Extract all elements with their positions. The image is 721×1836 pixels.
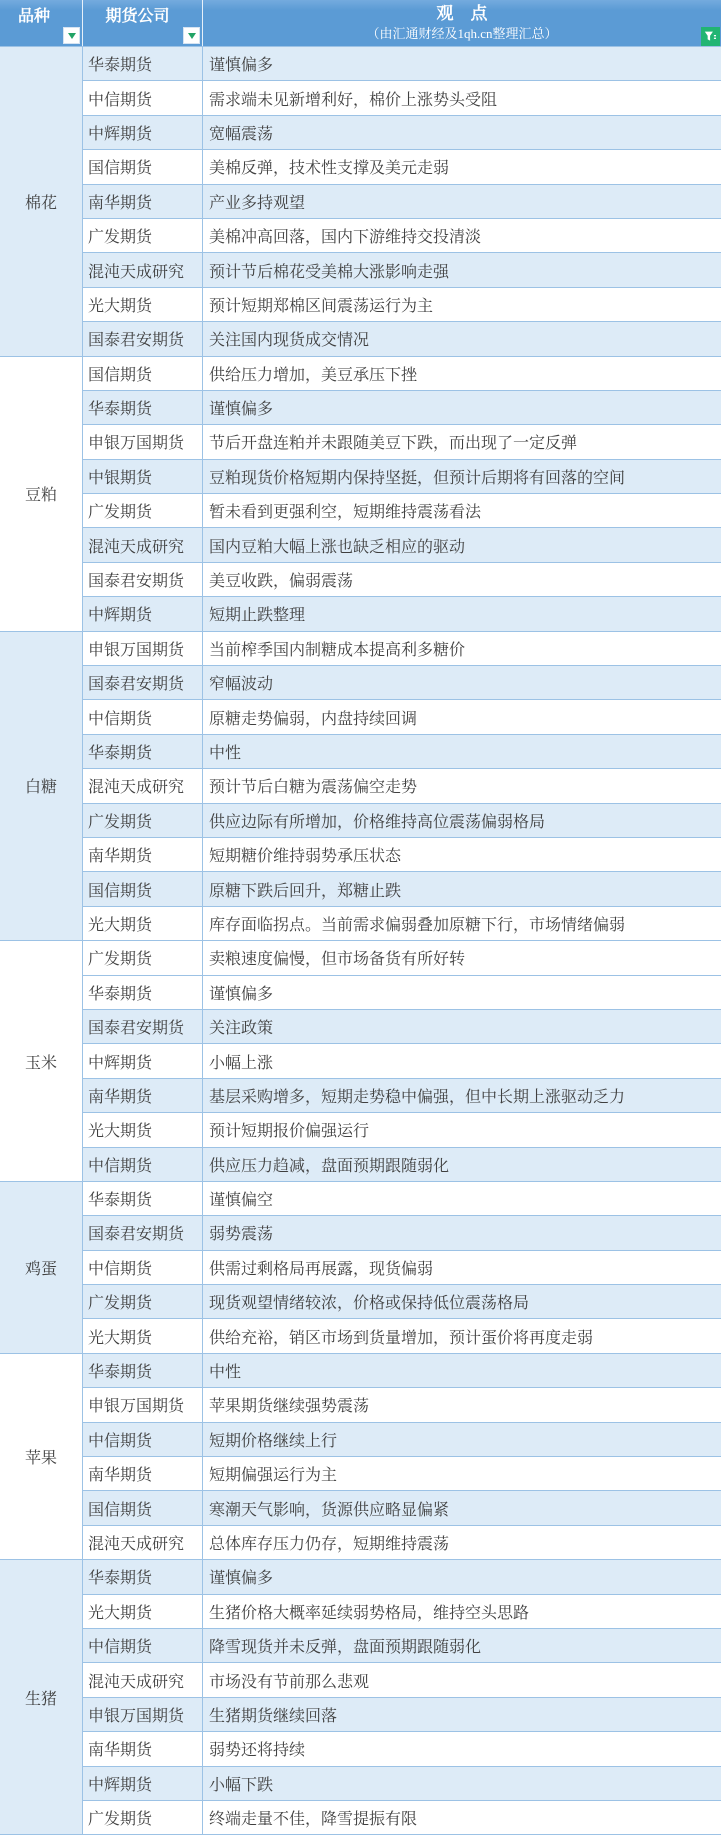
viewpoint-cell[interactable]: 基层采购增多，短期走势稳中偏强，但中长期上涨驱动乏力 [203, 1079, 721, 1112]
company-cell[interactable]: 光大期货 [83, 1113, 203, 1146]
table-row: 广发期货现货观望情绪较浓，价格或保持低位震荡格局 [83, 1285, 721, 1319]
company-cell[interactable]: 华泰期货 [83, 391, 203, 424]
section-rows: 广发期货卖粮速度偏慢，但市场备货有所好转华泰期货谨慎偏多国泰君安期货关注政策中辉… [83, 941, 721, 1182]
table-row: 中辉期货小幅上涨 [83, 1044, 721, 1078]
viewpoint-cell[interactable]: 谨慎偏空 [203, 1182, 721, 1215]
viewpoint-cell[interactable]: 供需过剩格局再展露，现货偏弱 [203, 1251, 721, 1284]
table-row: 申银万国期货当前榨季国内制糖成本提高利多糖价 [83, 632, 721, 666]
company-cell[interactable]: 南华期货 [83, 1732, 203, 1765]
table-row: 广发期货卖粮速度偏慢，但市场备货有所好转 [83, 941, 721, 975]
table-section: 白糖申银万国期货当前榨季国内制糖成本提高利多糖价国泰君安期货窄幅波动中信期货原糖… [0, 632, 721, 942]
company-cell[interactable]: 国泰君安期货 [83, 1216, 203, 1249]
table-section: 豆粕国信期货供给压力增加，美豆承压下挫华泰期货谨慎偏多申银万国期货节后开盘连粕并… [0, 357, 721, 632]
table-row: 中信期货需求端未见新增利好，棉价上涨势头受阻 [83, 81, 721, 115]
table-row: 华泰期货谨慎偏多 [83, 1560, 721, 1594]
table-row: 南华期货产业多持观望 [83, 185, 721, 219]
company-cell[interactable]: 中信期货 [83, 1423, 203, 1456]
table-section: 苹果华泰期货中性申银万国期货苹果期货继续强势震荡中信期货短期价格继续上行南华期货… [0, 1354, 721, 1560]
table-row: 南华期货短期糖价维持弱势承压状态 [83, 838, 721, 872]
company-filter-dropdown-button[interactable] [183, 27, 200, 44]
table-row: 国信期货美棉反弹，技术性支撑及美元走弱 [83, 150, 721, 184]
table-row: 国泰君安期货美豆收跌，偏弱震荡 [83, 563, 721, 597]
viewpoint-cell[interactable]: 短期价格继续上行 [203, 1423, 721, 1456]
table-row: 中信期货降雪现货并未反弹，盘面预期跟随弱化 [83, 1629, 721, 1663]
viewpoint-cell[interactable]: 中性 [203, 735, 721, 768]
company-cell[interactable]: 广发期货 [83, 1801, 203, 1834]
company-cell[interactable]: 中信期货 [83, 1629, 203, 1662]
viewpoint-cell[interactable]: 美棉冲高回落，国内下游维持交投清淡 [203, 219, 721, 252]
company-cell[interactable]: 混沌天成研究 [83, 528, 203, 561]
table-row: 华泰期货谨慎偏空 [83, 1182, 721, 1216]
table-row: 光大期货库存面临拐点。当前需求偏弱叠加原糖下行，市场情绪偏弱 [83, 907, 721, 941]
table-row: 混沌天成研究总体库存压力仍存，短期维持震荡 [83, 1526, 721, 1560]
company-cell[interactable]: 中信期货 [83, 700, 203, 733]
section-rows: 华泰期货中性申银万国期货苹果期货继续强势震荡中信期货短期价格继续上行南华期货短期… [83, 1354, 721, 1560]
section-rows: 华泰期货谨慎偏空国泰君安期货弱势震荡中信期货供需过剩格局再展露，现货偏弱广发期货… [83, 1182, 721, 1354]
table-row: 华泰期货中性 [83, 1354, 721, 1388]
table-row: 国信期货原糖下跌后回升，郑糖止跌 [83, 872, 721, 906]
viewpoint-cell[interactable]: 关注政策 [203, 1010, 721, 1043]
company-cell[interactable]: 华泰期货 [83, 735, 203, 768]
viewpoint-cell[interactable]: 谨慎偏多 [203, 976, 721, 1009]
table-row: 华泰期货谨慎偏多 [83, 47, 721, 81]
viewpoint-cell[interactable]: 供给压力增加，美豆承压下挫 [203, 357, 721, 390]
viewpoint-cell[interactable]: 预计节后棉花受美棉大涨影响走强 [203, 253, 721, 286]
viewpoint-cell[interactable]: 当前榨季国内制糖成本提高利多糖价 [203, 632, 721, 665]
table-section: 棉花华泰期货谨慎偏多中信期货需求端未见新增利好，棉价上涨势头受阻中辉期货宽幅震荡… [0, 47, 721, 357]
table-row: 混沌天成研究国内豆粕大幅上涨也缺乏相应的驱动 [83, 528, 721, 562]
table-row: 华泰期货中性 [83, 735, 721, 769]
section-rows: 华泰期货谨慎偏多光大期货生猪价格大概率延续弱势格局，维持空头思路中信期货降雪现货… [83, 1560, 721, 1835]
table-row: 光大期货预计短期郑棉区间震荡运行为主 [83, 288, 721, 322]
table-row: 国泰君安期货关注政策 [83, 1010, 721, 1044]
viewpoint-cell[interactable]: 预计短期郑棉区间震荡运行为主 [203, 288, 721, 321]
viewpoint-cell[interactable]: 短期偏强运行为主 [203, 1457, 721, 1490]
table-row: 广发期货美棉冲高回落，国内下游维持交投清淡 [83, 219, 721, 253]
table-row: 光大期货生猪价格大概率延续弱势格局，维持空头思路 [83, 1595, 721, 1629]
header-cell-variety: 品种 [0, 0, 83, 46]
table-row: 中辉期货小幅下跌 [83, 1767, 721, 1801]
viewpoint-cell[interactable]: 窄幅波动 [203, 666, 721, 699]
viewpoint-cell[interactable]: 总体库存压力仍存，短期维持震荡 [203, 1526, 721, 1559]
viewpoint-cell[interactable]: 库存面临拐点。当前需求偏弱叠加原糖下行，市场情绪偏弱 [203, 907, 721, 940]
table-row: 混沌天成研究预计节后棉花受美棉大涨影响走强 [83, 253, 721, 287]
company-cell[interactable]: 光大期货 [83, 288, 203, 321]
viewpoint-cell[interactable]: 供应边际有所增加，价格维持高位震荡偏弱格局 [203, 804, 721, 837]
viewpoint-cell[interactable]: 需求端未见新增利好，棉价上涨势头受阻 [203, 81, 721, 114]
viewpoint-cell[interactable]: 供给充裕，销区市场到货量增加，预计蛋价将再度走弱 [203, 1319, 721, 1352]
viewpoint-cell[interactable]: 原糖下跌后回升，郑糖止跌 [203, 872, 721, 905]
table-row: 中信期货供应压力趋减，盘面预期跟随弱化 [83, 1148, 721, 1182]
company-cell[interactable]: 申银万国期货 [83, 1388, 203, 1421]
table-row: 混沌天成研究市场没有节前那么悲观 [83, 1663, 721, 1697]
company-cell[interactable]: 申银万国期货 [83, 632, 203, 665]
company-cell[interactable]: 广发期货 [83, 1285, 203, 1318]
table-header: 品种 期货公司 观 点 （由汇通财经及1qh.cn整理汇总） [0, 0, 721, 47]
viewpoint-cell[interactable]: 宽幅震荡 [203, 116, 721, 149]
viewpoint-cell[interactable]: 卖粮速度偏慢，但市场备货有所好转 [203, 941, 721, 974]
viewpoint-column-label: 观 点 [203, 4, 721, 24]
company-cell[interactable]: 华泰期货 [83, 976, 203, 1009]
table-row: 申银万国期货苹果期货继续强势震荡 [83, 1388, 721, 1422]
table-row: 国信期货寒潮天气影响，货源供应略显偏紧 [83, 1491, 721, 1525]
table-row: 光大期货供给充裕，销区市场到货量增加，预计蛋价将再度走弱 [83, 1319, 721, 1353]
table-row: 国泰君安期货弱势震荡 [83, 1216, 721, 1250]
variety-cell[interactable]: 苹果 [0, 1354, 83, 1560]
table-row: 中辉期货宽幅震荡 [83, 116, 721, 150]
table-row: 广发期货终端走量不佳，降雪提振有限 [83, 1801, 721, 1835]
filter-dropdown-arrow-icon [68, 33, 76, 39]
viewpoint-cell[interactable]: 终端走量不佳，降雪提振有限 [203, 1801, 721, 1834]
variety-cell[interactable]: 玉米 [0, 941, 83, 1182]
viewpoint-cell[interactable]: 产业多持观望 [203, 185, 721, 218]
variety-filter-dropdown-button[interactable] [63, 27, 80, 44]
viewpoint-cell[interactable]: 预计节后白糖为震荡偏空走势 [203, 769, 721, 802]
viewpoint-cell[interactable]: 小幅上涨 [203, 1044, 721, 1077]
company-cell[interactable]: 广发期货 [83, 941, 203, 974]
company-cell[interactable]: 中信期货 [83, 1148, 203, 1181]
viewpoint-cell[interactable]: 预计短期报价偏强运行 [203, 1113, 721, 1146]
viewpoint-cell[interactable]: 谨慎偏多 [203, 391, 721, 424]
table-row: 国泰君安期货关注国内现货成交情况 [83, 322, 721, 356]
viewpoint-cell[interactable]: 短期止跌整理 [203, 597, 721, 630]
company-cell[interactable]: 南华期货 [83, 185, 203, 218]
viewpoint-active-filter-button[interactable] [701, 27, 720, 46]
table-section: 生猪华泰期货谨慎偏多光大期货生猪价格大概率延续弱势格局，维持空头思路中信期货降雪… [0, 1560, 721, 1835]
table-row: 南华期货短期偏强运行为主 [83, 1457, 721, 1491]
viewpoint-cell[interactable]: 寒潮天气影响，货源供应略显偏紧 [203, 1491, 721, 1524]
viewpoint-cell[interactable]: 生猪价格大概率延续弱势格局，维持空头思路 [203, 1595, 721, 1628]
viewpoint-cell[interactable]: 弱势震荡 [203, 1216, 721, 1249]
company-cell[interactable]: 广发期货 [83, 494, 203, 527]
table-row: 混沌天成研究预计节后白糖为震荡偏空走势 [83, 769, 721, 803]
viewpoint-cell[interactable]: 暂未看到更强利空，短期维持震荡看法 [203, 494, 721, 527]
company-cell[interactable]: 中辉期货 [83, 597, 203, 630]
company-cell[interactable]: 中辉期货 [83, 116, 203, 149]
viewpoint-cell[interactable]: 生猪期货继续回落 [203, 1698, 721, 1731]
viewpoint-cell[interactable]: 原糖走势偏弱，内盘持续回调 [203, 700, 721, 733]
company-cell[interactable]: 南华期货 [83, 838, 203, 871]
company-cell[interactable]: 广发期货 [83, 219, 203, 252]
viewpoint-cell[interactable]: 苹果期货继续强势震荡 [203, 1388, 721, 1421]
company-cell[interactable]: 光大期货 [83, 1319, 203, 1352]
table-row: 中辉期货短期止跌整理 [83, 597, 721, 631]
section-rows: 华泰期货谨慎偏多中信期货需求端未见新增利好，棉价上涨势头受阻中辉期货宽幅震荡国信… [83, 47, 721, 357]
company-cell[interactable]: 国信期货 [83, 1491, 203, 1524]
table-row: 中信期货原糖走势偏弱，内盘持续回调 [83, 700, 721, 734]
table-row: 广发期货暂未看到更强利空，短期维持震荡看法 [83, 494, 721, 528]
table-row: 中信期货短期价格继续上行 [83, 1423, 721, 1457]
company-column-label: 期货公司 [83, 8, 192, 26]
table-row: 申银万国期货节后开盘连粕并未跟随美豆下跌，而出现了一定反弹 [83, 425, 721, 459]
table-row: 华泰期货谨慎偏多 [83, 391, 721, 425]
company-cell[interactable]: 混沌天成研究 [83, 1663, 203, 1696]
company-cell[interactable]: 南华期货 [83, 1457, 203, 1490]
table-row: 光大期货预计短期报价偏强运行 [83, 1113, 721, 1147]
company-cell[interactable]: 中辉期货 [83, 1044, 203, 1077]
company-cell[interactable]: 申银万国期货 [83, 1698, 203, 1731]
company-cell[interactable]: 申银万国期货 [83, 425, 203, 458]
viewpoint-cell[interactable]: 美棉反弹，技术性支撑及美元走弱 [203, 150, 721, 183]
viewpoint-cell[interactable]: 降雪现货并未反弹，盘面预期跟随弱化 [203, 1629, 721, 1662]
company-cell[interactable]: 光大期货 [83, 1595, 203, 1628]
company-cell[interactable]: 国信期货 [83, 150, 203, 183]
company-cell[interactable]: 华泰期货 [83, 47, 203, 80]
table-row: 国泰君安期货窄幅波动 [83, 666, 721, 700]
table-row: 中银期货豆粕现货价格短期内保持坚挺，但预计后期将有回落的空间 [83, 460, 721, 494]
table-row: 南华期货基层采购增多，短期走势稳中偏强，但中长期上涨驱动乏力 [83, 1079, 721, 1113]
company-cell[interactable]: 国泰君安期货 [83, 322, 203, 355]
header-cell-viewpoint: 观 点 （由汇通财经及1qh.cn整理汇总） [203, 0, 721, 46]
company-cell[interactable]: 混沌天成研究 [83, 769, 203, 802]
table-row: 南华期货弱势还将持续 [83, 1732, 721, 1766]
table-row: 中信期货供需过剩格局再展露，现货偏弱 [83, 1251, 721, 1285]
viewpoint-cell[interactable]: 短期糖价维持弱势承压状态 [203, 838, 721, 871]
filter-dropdown-arrow-icon [188, 33, 196, 39]
company-cell[interactable]: 国泰君安期货 [83, 1010, 203, 1043]
viewpoint-cell[interactable]: 小幅下跌 [203, 1767, 721, 1800]
viewpoint-cell[interactable]: 关注国内现货成交情况 [203, 322, 721, 355]
company-cell[interactable]: 光大期货 [83, 907, 203, 940]
variety-cell[interactable]: 白糖 [0, 632, 83, 942]
company-cell[interactable]: 中辉期货 [83, 1767, 203, 1800]
viewpoint-cell[interactable]: 市场没有节前那么悲观 [203, 1663, 721, 1696]
table-row: 国信期货供给压力增加，美豆承压下挫 [83, 357, 721, 391]
viewpoint-cell[interactable]: 供应压力趋减，盘面预期跟随弱化 [203, 1148, 721, 1181]
variety-cell[interactable]: 鸡蛋 [0, 1182, 83, 1354]
viewpoint-column-subtitle: （由汇通财经及1qh.cn整理汇总） [203, 26, 721, 42]
viewpoint-cell[interactable]: 现货观望情绪较浓，价格或保持低位震荡格局 [203, 1285, 721, 1318]
table-row: 申银万国期货生猪期货继续回落 [83, 1698, 721, 1732]
section-rows: 国信期货供给压力增加，美豆承压下挫华泰期货谨慎偏多申银万国期货节后开盘连粕并未跟… [83, 357, 721, 632]
table-row: 华泰期货谨慎偏多 [83, 976, 721, 1010]
company-cell[interactable]: 混沌天成研究 [83, 1526, 203, 1559]
company-cell[interactable]: 华泰期货 [83, 1182, 203, 1215]
variety-cell[interactable]: 生猪 [0, 1560, 83, 1835]
table-row: 广发期货供应边际有所增加，价格维持高位震荡偏弱格局 [83, 804, 721, 838]
company-cell[interactable]: 中信期货 [83, 1251, 203, 1284]
viewpoint-cell[interactable]: 弱势还将持续 [203, 1732, 721, 1765]
company-cell[interactable]: 华泰期货 [83, 1560, 203, 1593]
company-cell[interactable]: 南华期货 [83, 1079, 203, 1112]
header-cell-company: 期货公司 [83, 0, 203, 46]
variety-column-label: 品种 [0, 8, 68, 26]
variety-cell[interactable]: 豆粕 [0, 357, 83, 632]
viewpoint-cell[interactable]: 豆粕现货价格短期内保持坚挺，但预计后期将有回落的空间 [203, 460, 721, 493]
table-body: 棉花华泰期货谨慎偏多中信期货需求端未见新增利好，棉价上涨势头受阻中辉期货宽幅震荡… [0, 47, 721, 1835]
company-cell[interactable]: 国信期货 [83, 357, 203, 390]
company-cell[interactable]: 国信期货 [83, 872, 203, 905]
viewpoint-cell[interactable]: 美豆收跌，偏弱震荡 [203, 563, 721, 596]
section-rows: 申银万国期货当前榨季国内制糖成本提高利多糖价国泰君安期货窄幅波动中信期货原糖走势… [83, 632, 721, 942]
filter-funnel-icon [704, 30, 717, 43]
company-cell[interactable]: 华泰期货 [83, 1354, 203, 1387]
company-cell[interactable]: 中信期货 [83, 81, 203, 114]
company-cell[interactable]: 国泰君安期货 [83, 666, 203, 699]
viewpoint-cell[interactable]: 谨慎偏多 [203, 1560, 721, 1593]
table-section: 玉米广发期货卖粮速度偏慢，但市场备货有所好转华泰期货谨慎偏多国泰君安期货关注政策… [0, 941, 721, 1182]
viewpoint-cell[interactable]: 中性 [203, 1354, 721, 1387]
viewpoint-cell[interactable]: 节后开盘连粕并未跟随美豆下跌，而出现了一定反弹 [203, 425, 721, 458]
viewpoint-cell[interactable]: 国内豆粕大幅上涨也缺乏相应的驱动 [203, 528, 721, 561]
spreadsheet-view: 品种 期货公司 观 点 （由汇通财经及1qh.cn整理汇总） 棉花华泰期货谨慎偏 [0, 0, 721, 1836]
table-section: 鸡蛋华泰期货谨慎偏空国泰君安期货弱势震荡中信期货供需过剩格局再展露，现货偏弱广发… [0, 1182, 721, 1354]
company-cell[interactable]: 广发期货 [83, 804, 203, 837]
company-cell[interactable]: 国泰君安期货 [83, 563, 203, 596]
company-cell[interactable]: 混沌天成研究 [83, 253, 203, 286]
viewpoint-cell[interactable]: 谨慎偏多 [203, 47, 721, 80]
company-cell[interactable]: 中银期货 [83, 460, 203, 493]
variety-cell[interactable]: 棉花 [0, 47, 83, 357]
